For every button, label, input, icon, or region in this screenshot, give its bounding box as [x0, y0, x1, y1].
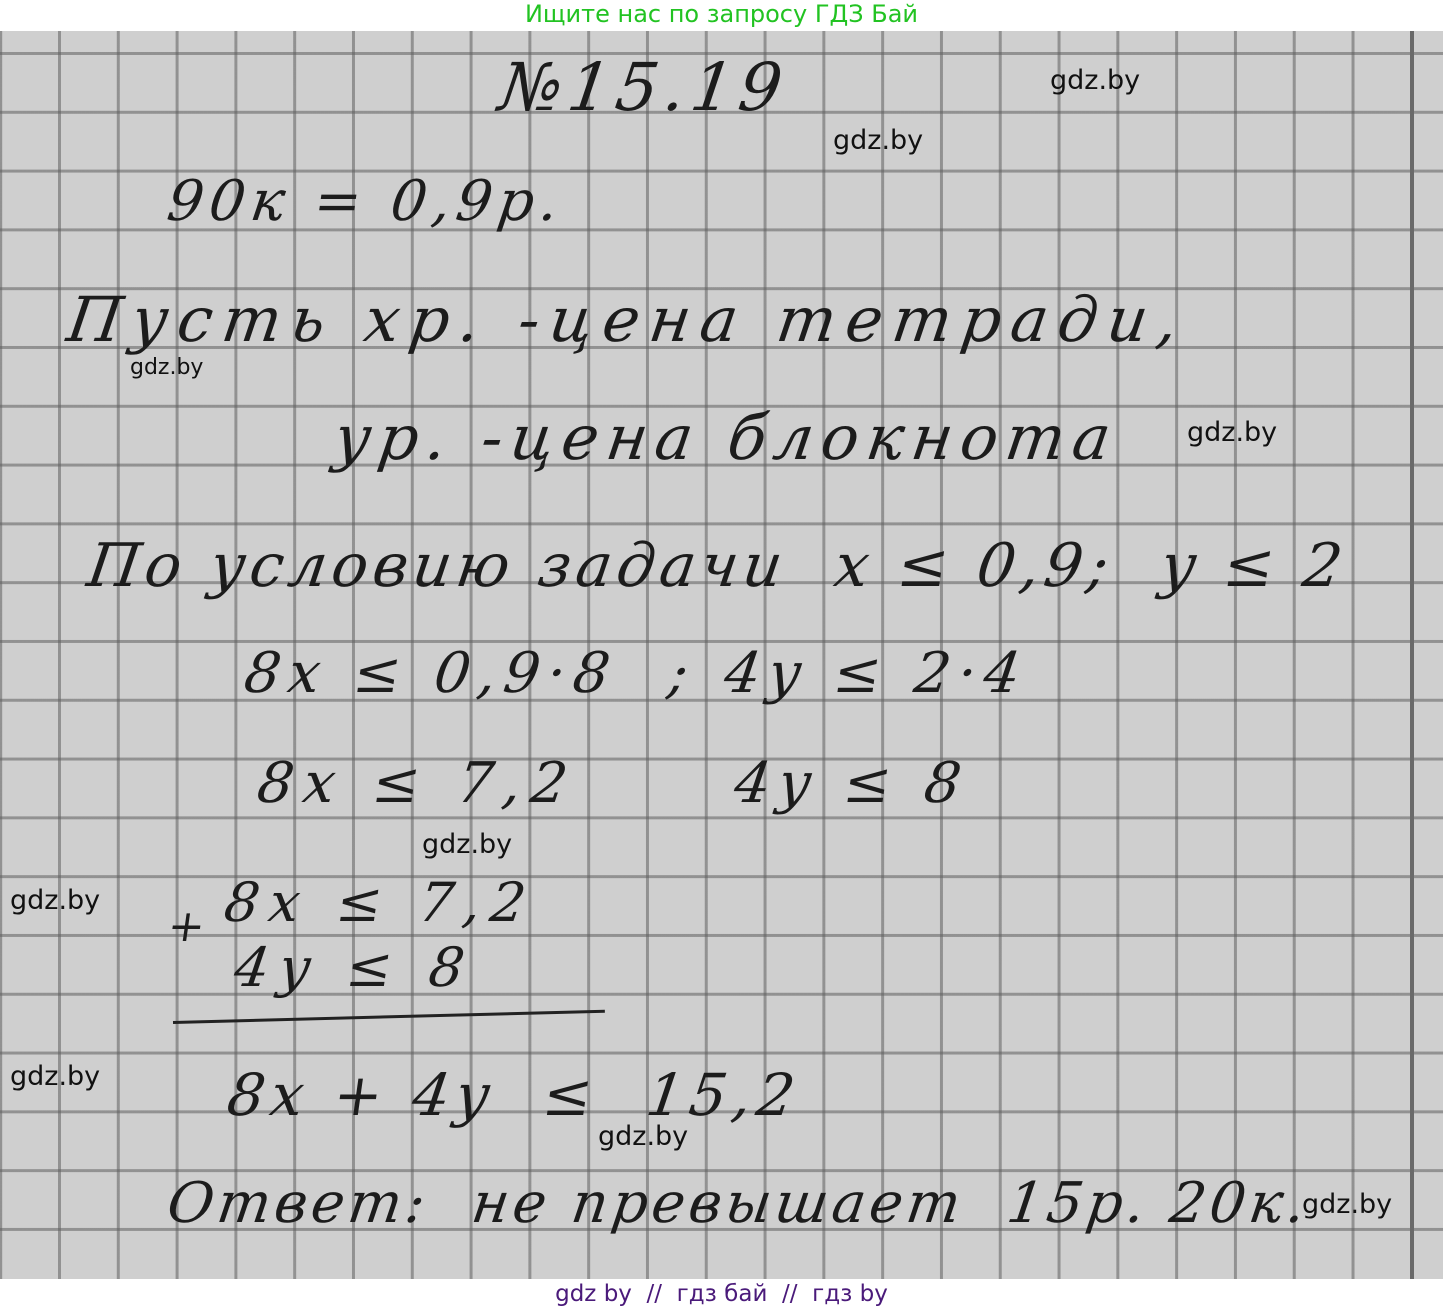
watermark: gdz.by	[1302, 1189, 1392, 1220]
addition-term-y: 4y ≤ 8	[231, 936, 479, 999]
search-hint-banner: Ищите нас по запросу ГДЗ Бай	[0, 0, 1443, 31]
watermark: gdz.by	[833, 125, 923, 156]
solution-line-let-y: ур. -цена блокнота	[330, 401, 1123, 474]
site-links-footer: gdz by // гдз бай // гдз by	[0, 1279, 1443, 1310]
watermark: gdz.by	[10, 885, 100, 916]
problem-number: №15.19	[495, 49, 793, 126]
graph-paper-sheet: №15.19 90к = 0,9р. Пусть хр. -цена тетра…	[0, 31, 1443, 1279]
addition-term-x: 8x ≤ 7,2	[221, 871, 540, 934]
solution-line-result-y: 4y ≤ 8	[730, 751, 973, 816]
watermark: gdz.by	[1187, 417, 1277, 448]
watermark: gdz.by	[10, 1061, 100, 1092]
solution-line-mult-y: 4y ≤ 2·4	[720, 641, 1032, 706]
margin-line	[1410, 31, 1414, 1279]
solution-line-condition: По условию задачи x ≤ 0,9; y ≤ 2	[83, 531, 1351, 601]
addition-plus-sign: +	[164, 901, 214, 952]
watermark: gdz.by	[130, 355, 203, 380]
answer-line: Ответ: не превышает 15р. 20к.	[163, 1171, 1313, 1236]
solution-line-mult-x: 8x ≤ 0,9·8 ;	[240, 641, 700, 706]
watermark: gdz.by	[1050, 65, 1140, 96]
addition-sum: 8x + 4y ≤ 15,2	[223, 1061, 805, 1129]
watermark: gdz.by	[422, 829, 512, 860]
solution-line-conversion: 90к = 0,9р.	[163, 169, 568, 234]
solution-line-let-x: Пусть хр. -цена тетради,	[63, 283, 1193, 356]
addition-underline	[173, 1010, 605, 1024]
watermark: gdz.by	[598, 1121, 688, 1152]
solution-line-result-x: 8x ≤ 7,2	[253, 751, 581, 816]
